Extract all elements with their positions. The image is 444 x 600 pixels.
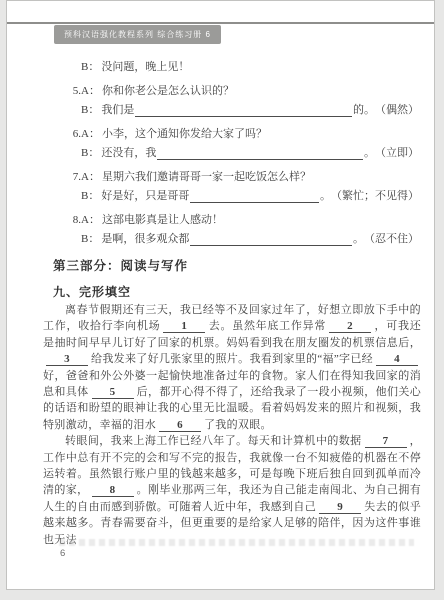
dialog-text: 是啊，很多观众都 xyxy=(101,230,189,249)
page-number: 6 xyxy=(60,548,65,559)
answer-blank xyxy=(157,147,363,160)
numbered-blank: 9 xyxy=(319,501,361,514)
numbered-blank: 3 xyxy=(46,353,88,366)
dialog-line: B：是啊，很多观众都。（忍不住） xyxy=(67,230,419,249)
numbered-blank: 7 xyxy=(365,435,407,448)
dialog-text: 小李，这个通知你发给大家了吗？ xyxy=(102,125,267,144)
faded-scan-line xyxy=(59,539,414,546)
dialog-line: B：我们是的。（偶然） xyxy=(67,101,419,120)
dialog-text: 。 xyxy=(353,230,364,249)
numbered-blank: 8 xyxy=(92,484,134,497)
item-number: 8. xyxy=(67,211,81,230)
dialog-text: 还没有，我 xyxy=(101,144,156,163)
speaker-label: A： xyxy=(81,125,100,144)
dialog-line: 7.A：星期六我们邀请哥哥一家一起吃饭怎么样？ xyxy=(67,168,419,187)
speaker-label: A： xyxy=(81,168,100,187)
speaker-label: A： xyxy=(81,211,100,230)
dialog-line: B：还没有，我。（立即） xyxy=(67,144,419,163)
word-hint: （偶然） xyxy=(375,101,419,120)
speaker-label: B： xyxy=(81,187,99,206)
speaker-label: A： xyxy=(81,82,100,101)
word-hint: （立即） xyxy=(375,144,419,163)
dialog-line: B：好是好，只是哥哥。（繁忙；不见得） xyxy=(67,187,419,206)
speaker-label: B： xyxy=(81,230,99,249)
dialog-text: 的。 xyxy=(353,101,375,120)
item-number: 7. xyxy=(67,168,81,187)
passage-paragraph: 离春节假期还有三天，我已经等不及回家过年了，好想立即放下手中的工作，收拾行李向机… xyxy=(43,302,421,433)
dialog-text: 你和你老公是怎么认识的？ xyxy=(102,82,234,101)
dialog-text: 这部电影真是让人感动！ xyxy=(102,211,223,230)
dialog-line: B：没问题，晚上见！ xyxy=(67,58,419,77)
dialog-line: 6.A：小李，这个通知你发给大家了吗？ xyxy=(67,125,419,144)
passage-paragraph: 转眼间，我来上海工作已经八年了。每天和计算机中的数据7，工作中总有开不完的会和写… xyxy=(43,433,421,548)
word-hint: （繁忙；不见得） xyxy=(331,187,419,206)
dialog-text: 我们是 xyxy=(101,101,134,120)
numbered-blank: 1 xyxy=(163,320,205,333)
header-badge: 预科汉语强化教程系列 综合练习册 6 xyxy=(54,25,221,44)
speaker-label: B： xyxy=(81,144,99,163)
word-hint: （忍不住） xyxy=(364,230,419,249)
item-number: 5. xyxy=(67,82,81,101)
exercise-header: 九、完形填空 xyxy=(53,283,131,300)
answer-blank xyxy=(190,233,352,246)
answer-blank xyxy=(135,104,352,117)
item-number: 6. xyxy=(67,125,81,144)
dialog-exercises: B：没问题，晚上见！5.A：你和你老公是怎么认识的？B：我们是的。（偶然）6.A… xyxy=(67,53,419,249)
dialog-text: 没问题，晚上见！ xyxy=(101,58,189,77)
dialog-text: 。 xyxy=(320,187,331,206)
numbered-blank: 6 xyxy=(159,419,201,432)
part-header: 第三部分：阅读与写作 xyxy=(53,256,188,274)
dialog-text: 好是好，只是哥哥 xyxy=(101,187,189,206)
dialog-line: 8.A：这部电影真是让人感动！ xyxy=(67,211,419,230)
numbered-blank: 2 xyxy=(329,320,371,333)
numbered-blank: 5 xyxy=(92,386,134,399)
scanned-page: 预科汉语强化教程系列 综合练习册 6 B：没问题，晚上见！5.A：你和你老公是怎… xyxy=(6,0,435,590)
dialog-text: 。 xyxy=(364,144,375,163)
numbered-blank: 4 xyxy=(376,353,418,366)
answer-blank xyxy=(190,190,319,203)
speaker-label: B： xyxy=(81,101,99,120)
cloze-passage: 离春节假期还有三天，我已经等不及回家过年了，好想立即放下手中的工作，收拾行李向机… xyxy=(43,302,421,548)
dialog-line: 5.A：你和你老公是怎么认识的？ xyxy=(67,82,419,101)
speaker-label: B： xyxy=(81,58,99,77)
dialog-text: 星期六我们邀请哥哥一家一起吃饭怎么样？ xyxy=(102,168,311,187)
page-top-rule xyxy=(7,22,434,24)
